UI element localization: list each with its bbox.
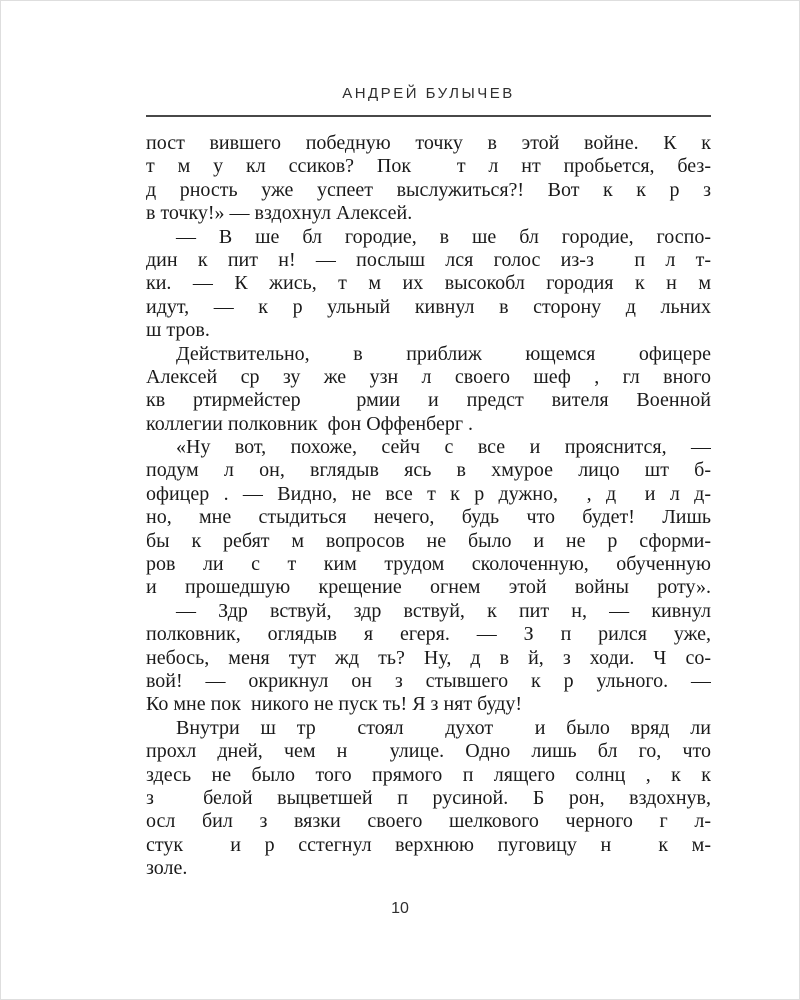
text-line: Действительно, в приближ ющемся офицере	[146, 343, 711, 366]
text-line: офицер . — Видно, не все т к р дужно, , …	[146, 483, 711, 506]
text-line: ров ли с т ким трудом сколоченную, обуче…	[146, 553, 711, 576]
text-line: бы к ребят м вопросов не было и не р сфо…	[146, 530, 711, 553]
text-line: вой! — окрикнул он з стывшего к р ульног…	[146, 670, 711, 693]
running-header: АНДРЕЙ БУЛЫЧЕВ	[146, 85, 711, 102]
book-page: АНДРЕЙ БУЛЫЧЕВ пост вившего победную точ…	[0, 0, 800, 1000]
text-line: но, мне стыдиться нечего, будь что будет…	[146, 506, 711, 529]
text-line: ки. — К жись, т м их высокобл городия к …	[146, 272, 711, 295]
text-line: кв ртирмейстер рмии и предст вителя Воен…	[146, 389, 711, 412]
text-line: Внутри ш тр стоял духот и было вряд ли	[146, 717, 711, 740]
text-line: прохл дней, чем н улице. Одно лишь бл го…	[146, 740, 711, 763]
text-line: и прошедшую крещение огнем этой войны ро…	[146, 576, 711, 599]
paragraph: Внутри ш тр стоял духот и было вряд ли п…	[146, 717, 711, 881]
text-line: д рность уже успеет выслужиться?! Вот к …	[146, 179, 711, 202]
paragraph: — В ше бл городие, в ше бл городие, госп…	[146, 226, 711, 343]
text-line: «Ну вот, похоже, сейч с все и прояснится…	[146, 436, 711, 459]
text-line: осл бил з вязки своего шелкового черного…	[146, 810, 711, 833]
text-line: в точку!» — вздохнул Алексей.	[146, 202, 711, 225]
text-line: коллегии полковник фон Оффенберг .	[146, 413, 711, 436]
paragraph: «Ну вот, похоже, сейч с все и прояснится…	[146, 436, 711, 600]
text-line: дин к пит н! — послыш лся голос из-з п л…	[146, 249, 711, 272]
text-line: — В ше бл городие, в ше бл городие, госп…	[146, 226, 711, 249]
text-line: здесь не было того прямого п лящего солн…	[146, 764, 711, 787]
text-line: стук и р сстегнул верхнюю пуговицу н к м…	[146, 834, 711, 857]
text-line: т м у кл ссиков? Пок т л нт пробьется, б…	[146, 155, 711, 178]
text-line: золе.	[146, 857, 711, 880]
text-line: подум л он, вглядыв ясь в хмурое лицо шт…	[146, 459, 711, 482]
text-line: небось, меня тут жд ть? Ну, д в й, з ход…	[146, 647, 711, 670]
header-rule	[146, 115, 711, 117]
paragraph: пост вившего победную точку в этой войне…	[146, 132, 711, 226]
page-number: 10	[0, 900, 800, 918]
paragraph: — Здр вствуй, здр вствуй, к пит н, — кив…	[146, 600, 711, 717]
text-line: полковник, оглядыв я егеря. — З п рился …	[146, 623, 711, 646]
text-line: ш тров.	[146, 319, 711, 342]
body-text: пост вившего победную точку в этой войне…	[146, 132, 711, 881]
text-line: пост вившего победную точку в этой войне…	[146, 132, 711, 155]
text-line: Ко мне пок никого не пуск ть! Я з нят бу…	[146, 693, 711, 716]
text-line: идут, — к р ульный кивнул в сторону д ль…	[146, 296, 711, 319]
text-line: — Здр вствуй, здр вствуй, к пит н, — кив…	[146, 600, 711, 623]
text-line: Алексей ср зу же узн л своего шеф , гл в…	[146, 366, 711, 389]
paragraph: Действительно, в приближ ющемся офицере …	[146, 343, 711, 437]
text-line: з белой выцветшей п русиной. Б рон, вздо…	[146, 787, 711, 810]
